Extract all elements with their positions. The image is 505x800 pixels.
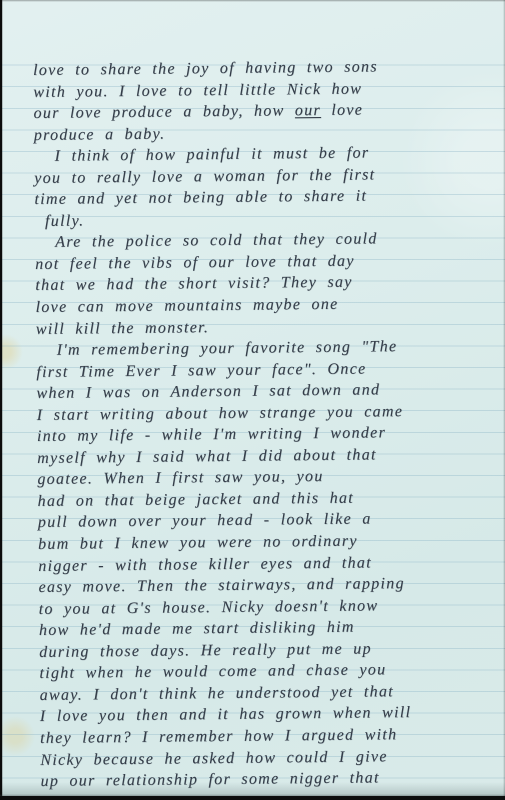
underlined-word: our <box>295 102 321 119</box>
scan-edge-bottom <box>0 794 505 800</box>
letter-line: up our relationship for some nigger that <box>40 766 490 792</box>
scan-edge-left <box>0 0 3 800</box>
scan-edge-top <box>0 0 505 2</box>
letter-scan-page: love to share the joy of having two sons… <box>0 0 505 800</box>
letter-body: love to share the joy of having two sons… <box>33 55 491 792</box>
